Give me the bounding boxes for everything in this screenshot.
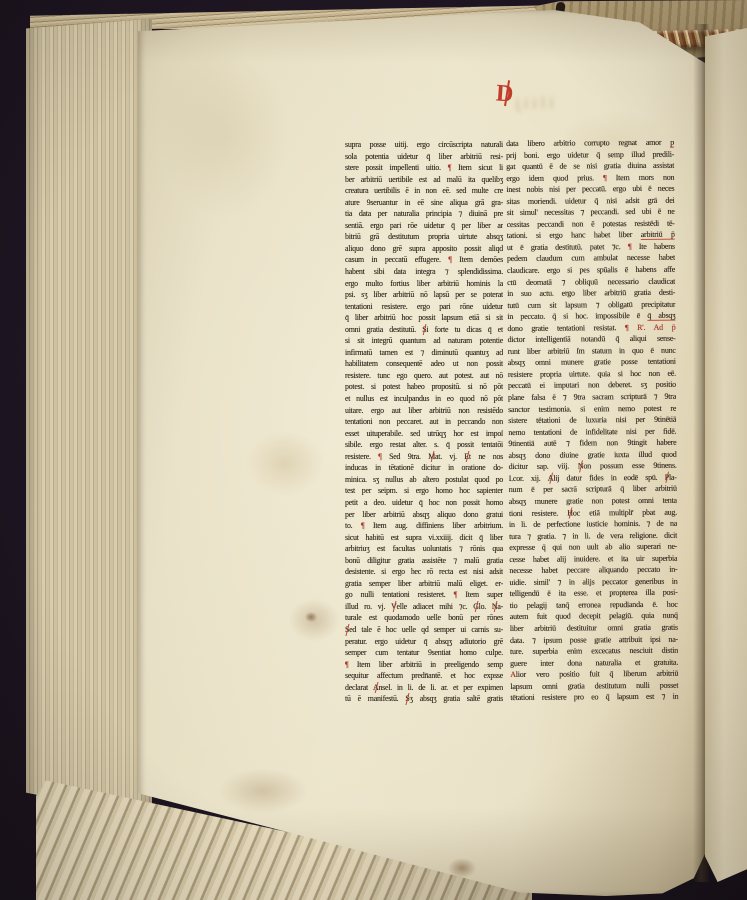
text-line: sistere tētationi de luxuria nisi per 9t… [508,414,676,427]
text-line: sibile. ergo restat alter. s. q̄ possit … [345,439,503,451]
text-line: in suo actu. ergo liber arbitriū gratia … [507,287,675,300]
text-line: habilitatem consequentē adeo ut non poss… [345,358,503,370]
text-line: ture. superbia enim excecatus nesciuit d… [510,645,678,658]
text-line: bonū diligitur gratia assistēte ⁊ malū g… [345,555,503,567]
text-line: tētationi resistere pro eo q̄ lapsum est… [510,691,678,704]
text-line: inest nobis nisi per peccatū. ergo ubi ē… [506,183,674,196]
facing-page-edge [705,28,747,882]
text-line: in li. de perfectione iusticie hominis. … [509,518,677,531]
text-line: bitriū grā destitutum propria uirtute ab… [345,231,503,243]
text-line: per liber arbitriū absqʒ aliquo dono gra… [345,509,503,521]
text-line: casum in peccatū effugere. ¶ Item demōes [345,254,503,266]
text-line: illud ro. vj. Velle adiacet mihi ⁊c. Glo… [345,601,503,613]
text-line: resistere. tunc ego quero. aut potest. a… [345,370,503,382]
text-line: sentiā. ergo pari rōe uidetur q̄ per lib… [345,220,503,232]
text-line: ature 9seruantur in eē sine aliqua grā g… [345,197,503,209]
text-line: absqʒ munere gratie non potest omni tent… [509,495,677,508]
text-line: Alior vero positio fuit q̄ liberum arbit… [510,668,678,681]
text-column-left: supra posse uitij. ergo circūscripta nat… [345,139,503,705]
text-line: test per seipm. si ergo homo hoc sapient… [345,485,503,497]
page-stack-fore-edge [26,12,152,838]
text-line: desistente. si ergo hec rō recta est nis… [345,566,503,578]
book-photo: iliij D supra posse uitij. ergo circūscr… [0,0,747,900]
text-line: plane falsa ē ⁊ 9tra sacram scripturā ⁊ … [508,391,676,404]
text-line: psi. sʒ liber arbitriū nō lapsū per se p… [345,289,503,301]
text-line: esset uituperabile. sed utrūqʒ hor est i… [345,428,503,440]
text-line: in peccato. q̄ si hoc. impossibile ē q̄ … [507,310,675,323]
text-line: inducas in tētationē dicitur in oratione… [345,462,503,474]
text-line: tentationi non peccaret. aut in peccando… [345,416,503,428]
text-line: gat quantū ē de se nisi gratia diuina as… [506,160,674,173]
text-line: ¶ Item liber arbitriū in preeligendo sem… [345,659,503,671]
text-line: data libero arbitrio corrupto regnat amo… [506,137,674,150]
text-line: ber arbitriū uertibile est ad malū ita q… [345,174,503,186]
text-line: supra posse uitij. ergo circūscripta nat… [345,139,503,151]
text-line: turale est quodamodo uelle bonū per rōne… [345,612,503,624]
text-line: omni gratia destitutū. Si forte tu dicas… [345,324,503,336]
text-line: petit a deo. uidetur q̄ hoc non possit h… [345,497,503,509]
text-line: infirmatū tamen est ⁊ diminutū quantuʒ a… [345,347,503,359]
text-line: tentationi resistere. ergo pari rōne uid… [345,301,503,313]
text-line: ergo multo fortius liber arbitriū homini… [345,278,503,290]
text-line: peratur. ergo uidetur q̄ absqʒ adiutorio… [345,636,503,648]
text-line: potest. si potest habeo propositū. si nō… [345,381,503,393]
text-line: claudicare. ergo si pes spūalis ē habens… [507,264,675,277]
text-line: q̄ liber arbitriū hoc possit lapsum etiā… [345,312,503,324]
text-line: semper cum tentatur 9sentiat homo culpe. [345,647,503,659]
text-line: sola potentia uidetur q̄ liber arbitriū … [345,151,503,163]
text-line: tia data per naturalia principia ⁊ diuin… [345,208,503,220]
text-line: minica. sʒ nullus ab altero postulat quo… [345,474,503,486]
text-line: sicut habitū est supra vi.xxiiij. dicit … [345,532,503,544]
text-line: arbitriuʒ est facultas uoluntatis ⁊ rōni… [345,543,503,555]
text-line: stere possit impellenti uitio. ¶ Item si… [345,162,503,174]
text-line: expresse q̄ qui non uult ab alio superar… [509,541,677,554]
text-line: habent sibi data integra ⁊ splendidissim… [345,266,503,278]
text-line: 9tinentiā autē ⁊ fidem non 9tingit haber… [508,437,676,450]
text-line: Sed tale ē hoc uelle qd semper ui carnis… [345,624,503,636]
text-line: creatura uertibilis ē in non eē. sed mul… [345,185,503,197]
text-line: go nulli tentationi resisteret. ¶ Item s… [345,589,503,601]
text-line: to. ¶ Item aug. diffiniens liber arbitri… [345,520,503,532]
text-line: declarat Ansel. in li. de li. ar. et per… [345,682,503,694]
quire-signature-mark: D [495,81,514,106]
text-line: gratia semper liber arbitriū malū eliget… [345,578,503,590]
text-line: sequitur affectum predn̄antē. et hoc exp… [345,670,503,682]
text-line: tū ē manifestū. Sʒ absqʒ gratia saltē gr… [345,693,503,705]
text-line: si sit integrū quantum ad naturam potent… [345,335,503,347]
text-line: et nullus est inculpandus in eo quod nō … [345,393,503,405]
text-line: uitare. ergo aut liber arbitriū non resi… [345,405,503,417]
text-line: aliquo dono grē supra apposito possit al… [345,243,503,255]
text-column-right: data libero arbitrio corrupto regnat amo… [506,137,678,704]
text-line: liber arbitriū destituitur omni gratia g… [510,622,678,635]
text-line: necesse habet peccare aliquando peccato … [509,564,677,577]
text-line: resistere. ¶ Sed 9tra. Mat. vj. Et ne no… [345,451,503,463]
